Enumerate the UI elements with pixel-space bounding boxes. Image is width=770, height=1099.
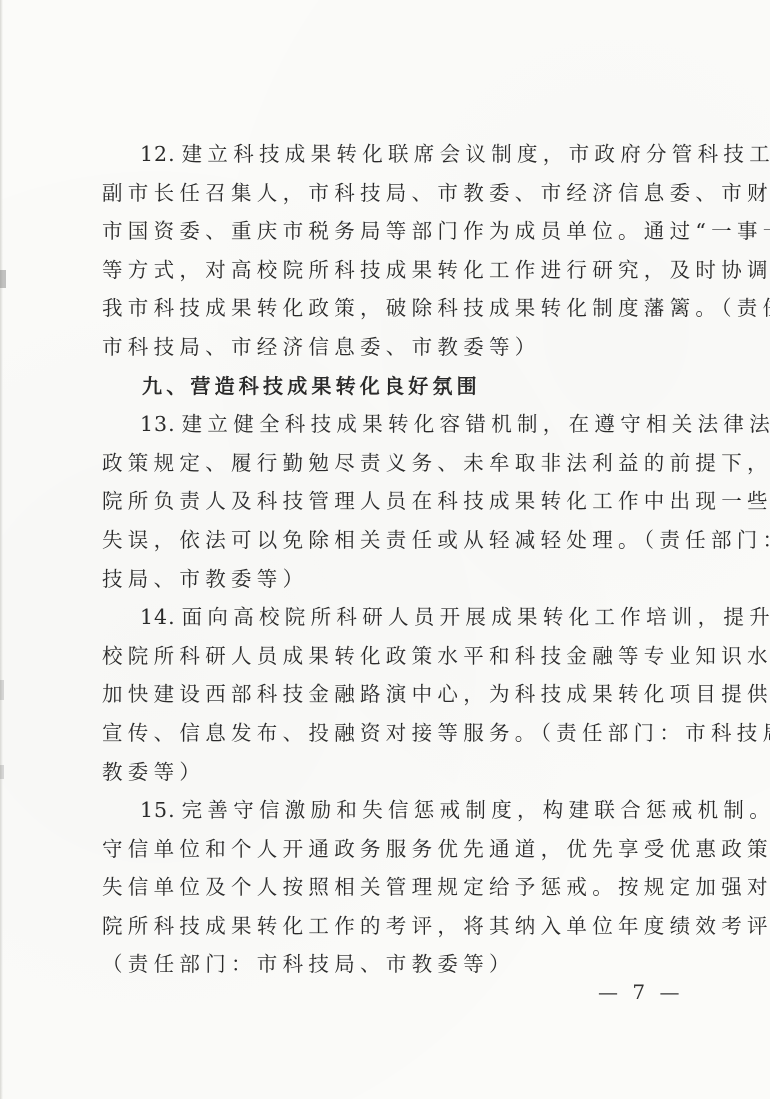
paragraph-line: 失信单位及个人按照相关管理规定给予惩戒。按规定加强对高校 — [102, 868, 692, 907]
paragraph-line: 教委等） — [102, 753, 692, 792]
paragraph-line: 15.完善守信激励和失信惩戒制度，构建联合惩戒机制。对 — [102, 791, 692, 830]
scan-artifact — [0, 680, 4, 700]
paragraph-line: 市国资委、重庆市税务局等部门作为成员单位。通过“一事一议” — [102, 212, 692, 251]
paragraph-line: 13.建立健全科技成果转化容错机制，在遵守相关法律法规 — [102, 405, 692, 444]
item-number: 14. — [140, 605, 176, 629]
paragraph-line: 失误，依法可以免除相关责任或从轻减轻处理。（责任部门：市科 — [102, 521, 692, 560]
document-body: 12.建立科技成果转化联席会议制度，市政府分管科技工作 副市长任召集人，市科技局… — [102, 135, 692, 984]
paragraph-item-14: 14.面向高校院所科研人员开展成果转化工作培训，提升高 校院所科研人员成果转化政… — [102, 598, 692, 791]
paragraph-line: 技局、市教委等） — [102, 560, 692, 599]
paragraph-line: （责任部门：市科技局、市教委等） — [102, 945, 692, 984]
paragraph-item-12: 12.建立科技成果转化联席会议制度，市政府分管科技工作 副市长任召集人，市科技局… — [102, 135, 692, 367]
paragraph-line: 副市长任召集人，市科技局、市教委、市经济信息委、市财政局、 — [102, 174, 692, 213]
item-number: 15. — [140, 798, 176, 822]
scan-left-edge — [0, 0, 3, 1099]
paragraph-item-13: 13.建立健全科技成果转化容错机制，在遵守相关法律法规 政策规定、履行勤勉尽责义… — [102, 405, 692, 598]
paragraph-line: 院所负责人及科技管理人员在科技成果转化工作中出现一些偏差 — [102, 482, 692, 521]
paragraph-line: 守信单位和个人开通政务服务优先通道，优先享受优惠政策，对 — [102, 830, 692, 869]
item-number: 13. — [140, 412, 176, 436]
paragraph-item-15: 15.完善守信激励和失信惩戒制度，构建联合惩戒机制。对 守信单位和个人开通政务服… — [102, 791, 692, 984]
paragraph-line: 我市科技成果转化政策，破除科技成果转化制度藩篱。（责任部门： — [102, 289, 692, 328]
paragraph-line: 加快建设西部科技金融路演中心，为科技成果转化项目提供路演 — [102, 675, 692, 714]
paragraph-line: 政策规定、履行勤勉尽责义务、未牟取非法利益的前提下，高校 — [102, 444, 692, 483]
paragraph-line: 市科技局、市经济信息委、市教委等） — [102, 328, 692, 367]
paragraph-line: 校院所科研人员成果转化政策水平和科技金融等专业知识水平。 — [102, 637, 692, 676]
paragraph-line: 院所科技成果转化工作的考评，将其纳入单位年度绩效考评指标。 — [102, 907, 692, 946]
paragraph-line: 14.面向高校院所科研人员开展成果转化工作培训，提升高 — [102, 598, 692, 637]
paragraph-line: 等方式，对高校院所科技成果转化工作进行研究，及时协调完善 — [102, 251, 692, 290]
paragraph-line: 12.建立科技成果转化联席会议制度，市政府分管科技工作 — [102, 135, 692, 174]
document-page: 12.建立科技成果转化联席会议制度，市政府分管科技工作 副市长任召集人，市科技局… — [0, 0, 770, 1099]
scan-artifact — [0, 270, 6, 288]
scan-artifact — [0, 765, 4, 779]
item-number: 12. — [140, 142, 176, 166]
page-number: — 7 — — [598, 980, 683, 1004]
paragraph-line: 宣传、信息发布、投融资对接等服务。（责任部门：市科技局、市 — [102, 714, 692, 753]
section-heading: 九、营造科技成果转化良好氛围 — [102, 367, 692, 406]
